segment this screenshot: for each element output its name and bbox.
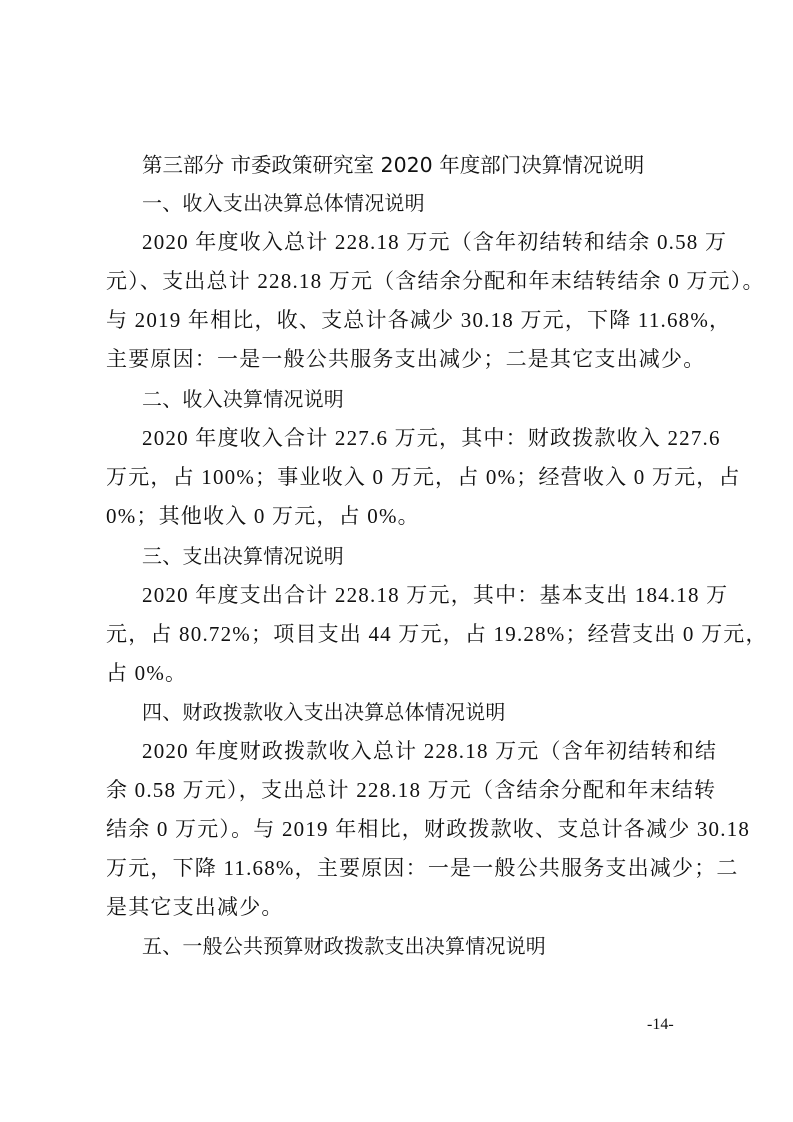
document-page: 第三部分 市委政策研究室 2020 年度部门决算情况说明 一、收入支出决算总体情… <box>0 0 793 1122</box>
paragraph-line: 2020 年度收入总计 228.18 万元（含年初结转和结余 0.58 万 <box>142 229 727 255</box>
paragraph-line: 2020 年度支出合计 228.18 万元，其中：基本支出 184.18 万 <box>142 582 728 608</box>
section-heading-5: 五、一般公共预算财政拨款支出决算情况说明 <box>142 933 546 959</box>
paragraph-line: 元，占 80.72%；项目支出 44 万元，占 19.28%；经营支出 0 万元… <box>106 621 768 647</box>
paragraph-line: 元）、支出总计 228.18 万元（含结余分配和年末结转结余 0 万元）。 <box>106 268 765 294</box>
paragraph-line: 余 0.58 万元），支出总计 228.18 万元（含结余分配和年末结转 <box>106 777 716 803</box>
paragraph-line: 2020 年度收入合计 227.6 万元，其中：财政拨款收入 227.6 <box>142 425 721 451</box>
paragraph-line: 是其它支出减少。 <box>106 894 284 920</box>
section-heading-3: 三、支出决算情况说明 <box>142 543 344 569</box>
paragraph-line: 主要原因：一是一般公共服务支出减少；二是其它支出减少。 <box>106 346 705 372</box>
paragraph-line: 结余 0 万元）。与 2019 年相比，财政拨款收、支总计各减少 30.18 <box>106 816 750 842</box>
paragraph-line: 万元，占 100%；事业收入 0 万元，占 0%；经营收入 0 万元，占 <box>106 464 741 490</box>
section-heading-1: 一、收入支出决算总体情况说明 <box>142 190 425 216</box>
paragraph-line: 2020 年度财政拨款收入总计 228.18 万元（含年初结转和结 <box>142 738 717 764</box>
paragraph-line: 万元，下降 11.68%，主要原因：一是一般公共服务支出减少；二 <box>106 855 739 881</box>
part-title: 第三部分 市委政策研究室 2020 年度部门决算情况说明 <box>142 152 644 178</box>
paragraph-line: 与 2019 年相比，收、支总计各减少 30.18 万元，下降 11.68%， <box>106 307 731 333</box>
page-number: -14- <box>647 1016 674 1034</box>
section-heading-2: 二、收入决算情况说明 <box>142 386 344 412</box>
paragraph-line: 占 0%。 <box>106 660 187 686</box>
paragraph-line: 0%；其他收入 0 万元，占 0%。 <box>106 503 420 529</box>
section-heading-4: 四、财政拨款收入支出决算总体情况说明 <box>142 699 506 725</box>
